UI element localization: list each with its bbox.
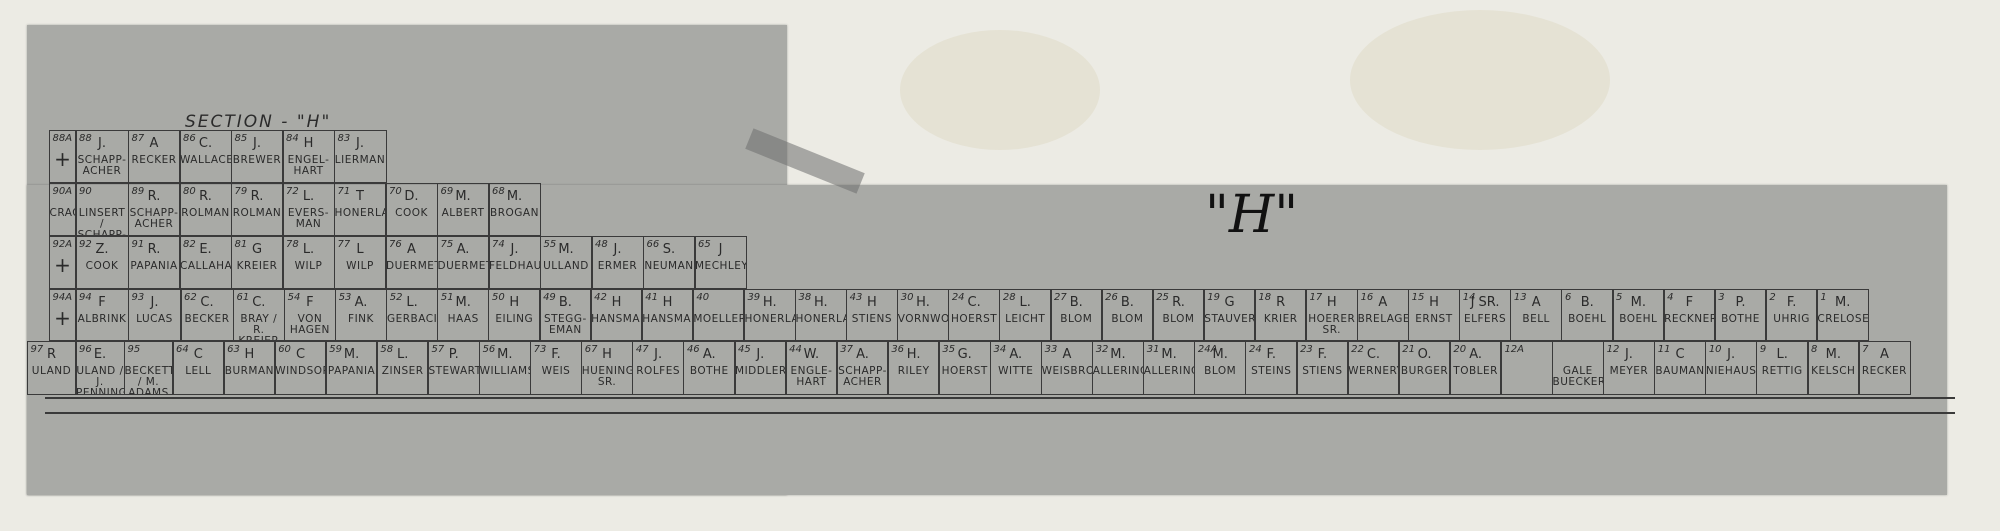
- owner-surname: WILLIAMS: [480, 366, 531, 377]
- owner-surname: TOBLER: [1450, 366, 1501, 377]
- owner-surname: WILP: [335, 261, 386, 272]
- owner-surname: ERNST: [1409, 314, 1460, 325]
- owner-surname: ENGEL-HART: [283, 155, 334, 177]
- owner-initial: J.: [129, 295, 181, 310]
- owner-surname: BAUMAN: [1655, 366, 1706, 377]
- owner-surname: ZINSER: [377, 366, 428, 377]
- plot-cell[interactable]: 53A.FINK: [335, 289, 388, 341]
- owner-surname: FINK: [336, 314, 387, 325]
- plot-cell[interactable]: 12A: [1500, 341, 1553, 395]
- owner-initial: J.: [76, 136, 128, 151]
- plot-row-row3: 92A+92Z.COOK91R.PAPANIA82E.CALLAHAN81GKR…: [50, 236, 747, 289]
- owner-initial: C.: [1348, 347, 1399, 362]
- plot-cell[interactable]: 36H.RILEY: [887, 341, 940, 395]
- plot-cell[interactable]: 39H.HONERLAW: [743, 289, 796, 341]
- plot-cell[interactable]: 85J.BREWER: [231, 130, 284, 183]
- owner-initial: R.: [232, 189, 283, 204]
- owner-surname: CRELOSE: [1817, 314, 1868, 325]
- plot-cell[interactable]: 27B.BLOM: [1050, 289, 1103, 341]
- plot-number: 88A: [53, 133, 73, 144]
- owner-initial: H.: [888, 347, 939, 362]
- owner-initial: H: [642, 295, 693, 310]
- owner-surname: LEICHT: [1000, 314, 1051, 325]
- owner-surname: BECKER: [181, 314, 233, 325]
- plot-cell[interactable]: 43HSTIENS: [846, 289, 899, 341]
- owner-surname: ALLERING: [1093, 366, 1144, 377]
- plot-cell[interactable]: 87ARECKER: [128, 130, 181, 183]
- plot-cell[interactable]: 5M.BOEHL: [1612, 289, 1665, 341]
- owner-surname: HOERST: [939, 366, 990, 377]
- plot-cell[interactable]: 48J.ERMER: [591, 236, 644, 289]
- plot-cell[interactable]: 11CBAUMAN: [1654, 341, 1707, 395]
- owner-initial: C: [173, 347, 224, 362]
- owner-initial: R: [1255, 295, 1306, 310]
- owner-surname: BREWER: [232, 155, 283, 166]
- owner-initial: G.: [939, 347, 990, 362]
- owner-initial: R.: [129, 242, 180, 257]
- owner-surname: LINSERT / SCHAPP-ACHER: [76, 208, 128, 236]
- plot-cell[interactable]: 7ARECKER: [1858, 341, 1911, 395]
- plot-cell[interactable]: 69M.ALBERT: [437, 183, 490, 236]
- plot-cell[interactable]: 31M.ALLERING: [1143, 341, 1196, 395]
- owner-surname: BLOM: [1153, 314, 1204, 325]
- plot-cell[interactable]: 56M.WILLIAMS: [479, 341, 532, 395]
- owner-initial: M.: [489, 189, 540, 204]
- owner-surname: HONERLAW: [744, 314, 795, 325]
- owner-initial: C.: [180, 136, 231, 151]
- owner-initial: H: [1409, 295, 1460, 310]
- plot-cell[interactable]: 86C.WALLACE: [179, 130, 232, 183]
- owner-surname: COOK: [76, 261, 128, 272]
- plot-row-row4: 94A+94FALBRINK93J.LUCAS62C.BECKER61C.BRA…: [50, 289, 1869, 341]
- owner-initial: R: [28, 347, 76, 362]
- plot-row-row1: 88A+88J.SCHAPP-ACHER87ARECKER86C.WALLACE…: [50, 130, 387, 183]
- plot-cell[interactable]: 30H.VORNWORT: [897, 289, 950, 341]
- plot-cell[interactable]: 21O.BURGER: [1398, 341, 1451, 395]
- plot-cell[interactable]: 12J.MEYER: [1603, 341, 1656, 395]
- plot-cell[interactable]: 72L.EVERS-MAN: [282, 183, 335, 236]
- owner-initial: F: [1664, 295, 1715, 310]
- plot-cell[interactable]: 24C.HOERST: [948, 289, 1001, 341]
- plot-cell[interactable]: 17HHOERER SR.: [1305, 289, 1358, 341]
- owner-surname: RETTIG: [1757, 366, 1808, 377]
- plot-cell[interactable]: 6B.BOEHL: [1561, 289, 1614, 341]
- owner-initial: J.: [592, 242, 643, 257]
- owner-surname: STIENS: [1297, 366, 1348, 377]
- owner-initial: T: [335, 189, 386, 204]
- owner-initial: J.: [335, 136, 386, 151]
- owner-initial: D.: [386, 189, 437, 204]
- owner-initial: B.: [1102, 295, 1153, 310]
- cross-mark-icon: +: [50, 147, 76, 171]
- plot-cell[interactable]: 35G.HOERST: [938, 341, 991, 395]
- owner-initial: M.: [541, 242, 592, 257]
- owner-initial: H: [582, 347, 633, 362]
- owner-surname: EILING: [489, 314, 540, 325]
- owner-surname: MEYER: [1604, 366, 1655, 377]
- owner-surname: WEISBRODT: [1042, 366, 1093, 377]
- plot-cell[interactable]: 52L.GERBACI: [386, 289, 439, 341]
- owner-surname: BLOM: [1102, 314, 1153, 325]
- owner-initial: M.: [1144, 347, 1195, 362]
- owner-initial: F.: [531, 347, 582, 362]
- plot-cell[interactable]: 89R.SCHAPP-ACHER: [128, 183, 181, 236]
- owner-initial: M.: [1817, 295, 1868, 310]
- owner-surname: HAAS: [438, 314, 489, 325]
- plot-cell[interactable]: 79R.ROLMAN: [231, 183, 284, 236]
- owner-surname: BOTHE: [1715, 314, 1766, 325]
- plot-cell[interactable]: 64CLELL: [172, 341, 225, 395]
- plot-cell[interactable]: 19GSTAUVERMAN: [1203, 289, 1256, 341]
- plot-cell[interactable]: 57P.STEWART: [427, 341, 480, 395]
- owner-surname: HONERLAW: [335, 208, 386, 219]
- plot-cell[interactable]: 90ACRAGHAL: [49, 183, 77, 236]
- owner-surname: ALBERT: [438, 208, 489, 219]
- owner-surname: ALLERING: [1144, 366, 1195, 377]
- section-title: SECTION - "H": [185, 112, 331, 132]
- owner-initial: H: [224, 347, 275, 362]
- owner-surname: NIEHAUS: [1706, 366, 1757, 377]
- owner-initial: A.: [684, 347, 735, 362]
- owner-surname: ULAND / J. PENNINGTON: [76, 366, 124, 395]
- owner-surname: ROLFES: [633, 366, 684, 377]
- plot-cell[interactable]: 2F.UHRIG: [1765, 289, 1818, 341]
- road-line: [45, 412, 1955, 414]
- owner-surname: NEUMAN: [644, 261, 695, 272]
- owner-initial: F.: [1246, 347, 1297, 362]
- owner-surname: LIERMAN: [335, 155, 386, 166]
- owner-surname: SCHAPP-ACHER: [129, 208, 180, 230]
- plot-cell[interactable]: 77LWILP: [334, 236, 387, 289]
- cross-mark-icon: +: [50, 253, 76, 277]
- plot-cell[interactable]: 78L.WILP: [282, 236, 335, 289]
- plot-cell[interactable]: 61C.BRAY / R. KREIER: [233, 289, 286, 341]
- owner-surname: MIDDLER: [735, 366, 786, 377]
- owner-surname: BRAY / R. KREIER: [234, 314, 285, 341]
- owner-initial: M.: [1808, 347, 1859, 362]
- plot-cell[interactable]: 90LINSERT / SCHAPP-ACHER: [75, 183, 129, 236]
- owner-initial: F: [285, 295, 336, 310]
- plot-cell[interactable]: 42HHANSMAN: [590, 289, 643, 341]
- owner-surname: CRAGHAL: [50, 208, 76, 219]
- owner-surname: BECKETT / M. ADAMS: [125, 366, 173, 395]
- owner-initial: H: [1306, 295, 1357, 310]
- owner-initial: H: [847, 295, 898, 310]
- owner-initial: H.: [898, 295, 949, 310]
- plot-cell[interactable]: 68M.BROGAN: [488, 183, 541, 236]
- owner-initial: J.: [232, 136, 283, 151]
- owner-surname: GERBACI: [387, 314, 438, 325]
- owner-surname: VON HAGEN: [285, 314, 336, 336]
- plot-cell[interactable]: 23F.STIENS: [1296, 341, 1349, 395]
- owner-surname: KREIER: [232, 261, 283, 272]
- plot-cell[interactable]: 54FVON HAGEN: [284, 289, 337, 341]
- plot-cell[interactable]: 94FALBRINK: [75, 289, 129, 341]
- plot-cell[interactable]: 59M.PAPANIA: [325, 341, 378, 395]
- owner-initial: J.: [735, 347, 786, 362]
- owner-surname: BURMAN: [224, 366, 275, 377]
- owner-surname: BLOM: [1195, 366, 1246, 377]
- plot-number: 90A: [53, 186, 73, 197]
- plot-cell[interactable]: 44W.ENGLE-HART: [785, 341, 838, 395]
- owner-initial: M.: [438, 295, 489, 310]
- owner-initial: M.: [438, 189, 489, 204]
- plot-cell[interactable]: 45J.MIDDLER: [734, 341, 787, 395]
- owner-surname: HANSMAN: [642, 314, 693, 325]
- plot-cell[interactable]: 67HHUENING SR.: [581, 341, 634, 395]
- owner-initial: Z.: [76, 242, 128, 257]
- owner-initial: A.: [336, 295, 387, 310]
- plot-cell[interactable]: 62C.BECKER: [180, 289, 234, 341]
- owner-initial: C: [1655, 347, 1706, 362]
- owner-initial: P.: [1715, 295, 1766, 310]
- plot-cell[interactable]: 76ADUERMET: [385, 236, 438, 289]
- owner-surname: FELDHAUS: [489, 261, 540, 272]
- plot-cell[interactable]: 25R.BLOM: [1152, 289, 1205, 341]
- owner-surname: WERNERY: [1348, 366, 1399, 377]
- plot-number: 40: [696, 292, 709, 303]
- owner-initial: L.: [283, 242, 334, 257]
- owner-surname: PAPANIA: [129, 261, 180, 272]
- plot-row-row5: 97RULAND96E.ULAND / J. PENNINGTON95BECKE…: [28, 341, 1911, 395]
- plot-cell[interactable]: GALE BUECKER: [1552, 341, 1605, 395]
- owner-surname: MECHLEY: [695, 261, 746, 272]
- owner-initial: O.: [1399, 347, 1450, 362]
- plot-cell[interactable]: 73F.WEIS: [530, 341, 583, 395]
- owner-initial: C: [275, 347, 326, 362]
- owner-initial: J SR.: [1460, 295, 1511, 310]
- owner-surname: BLOM: [1051, 314, 1102, 325]
- owner-initial: H: [283, 136, 334, 151]
- plot-cell[interactable]: 8M.KELSCH: [1807, 341, 1860, 395]
- owner-surname: DUERMET: [386, 261, 437, 272]
- plot-cell[interactable]: 82E.CALLAHAN: [179, 236, 232, 289]
- plot-cell[interactable]: 9L.RETTIG: [1756, 341, 1809, 395]
- owner-surname: CALLAHAN: [180, 261, 231, 272]
- plot-cell[interactable]: 50HEILING: [488, 289, 541, 341]
- owner-surname: WILP: [283, 261, 334, 272]
- owner-surname: HOERER SR.: [1306, 314, 1357, 336]
- owner-surname: BOEHL: [1562, 314, 1613, 325]
- owner-initial: R.: [1153, 295, 1204, 310]
- owner-initial: J.: [489, 242, 540, 257]
- owner-initial: M.: [1195, 347, 1246, 362]
- plot-cell[interactable]: 14J SR.ELFERS: [1459, 289, 1512, 341]
- water-stain: [1350, 10, 1610, 150]
- plot-cell[interactable]: 13ABELL: [1510, 289, 1563, 341]
- plot-cell[interactable]: 97RULAND: [27, 341, 77, 395]
- owner-initial: W.: [786, 347, 837, 362]
- plot-cell[interactable]: 88J.SCHAPP-ACHER: [75, 130, 129, 183]
- owner-initial: E.: [180, 242, 231, 257]
- plot-cell[interactable]: 63HBURMAN: [223, 341, 276, 395]
- owner-surname: BOEHL: [1613, 314, 1664, 325]
- plot-cell[interactable]: 4FRECKNER: [1663, 289, 1716, 341]
- plot-cell[interactable]: 49B.STEGG-EMAN: [539, 289, 592, 341]
- owner-surname: STEGG-EMAN: [540, 314, 591, 336]
- cross-mark-icon: +: [50, 306, 76, 330]
- plot-cell[interactable]: 55M.ULLAND: [540, 236, 593, 289]
- owner-surname: BELL: [1511, 314, 1562, 325]
- owner-surname: ROLMAN: [232, 208, 283, 219]
- owner-initial: A: [1042, 347, 1093, 362]
- plot-cell[interactable]: 46A.BOTHE: [683, 341, 736, 395]
- plot-cell[interactable]: 65JMECHLEY: [694, 236, 747, 289]
- owner-initial: A.: [438, 242, 489, 257]
- owner-initial: C.: [181, 295, 233, 310]
- plot-cell[interactable]: 28L.LEICHT: [999, 289, 1052, 341]
- plot-number: 94A: [53, 292, 73, 303]
- plot-cell[interactable]: 47J.ROLFES: [632, 341, 685, 395]
- owner-surname: SCHAPP-ACHER: [837, 366, 888, 388]
- plot-cell[interactable]: 84HENGEL-HART: [282, 130, 335, 183]
- owner-initial: J.: [1604, 347, 1655, 362]
- owner-initial: H.: [744, 295, 795, 310]
- owner-surname: HONERLAW: [796, 314, 847, 325]
- plot-cell[interactable]: 66S.NEUMAN: [643, 236, 696, 289]
- owner-surname: ERMER: [592, 261, 643, 272]
- plot-cell[interactable]: 81GKREIER: [231, 236, 284, 289]
- plot-cell[interactable]: 33AWEISBRODT: [1041, 341, 1094, 395]
- owner-surname: UHRIG: [1766, 314, 1817, 325]
- owner-initial: F.: [1766, 295, 1817, 310]
- plot-cell[interactable]: 15HERNST: [1408, 289, 1461, 341]
- plot-cell[interactable]: 10J.NIEHAUS: [1705, 341, 1758, 395]
- owner-initial: R.: [129, 189, 180, 204]
- owner-initial: A: [1358, 295, 1409, 310]
- plot-cell[interactable]: 3P.BOTHE: [1714, 289, 1767, 341]
- plot-cell[interactable]: 83J.LIERMAN: [334, 130, 387, 183]
- owner-initial: L.: [1757, 347, 1808, 362]
- plot-cell[interactable]: 1M.CRELOSE: [1816, 289, 1869, 341]
- owner-surname: KRIER: [1255, 314, 1306, 325]
- water-stain: [900, 30, 1100, 150]
- plot-cell[interactable]: 18RKRIER: [1254, 289, 1307, 341]
- owner-initial: M.: [1093, 347, 1144, 362]
- owner-surname: STIENS: [847, 314, 898, 325]
- owner-initial: J.: [633, 347, 684, 362]
- plot-cell[interactable]: 94A+: [49, 289, 77, 341]
- owner-initial: L.: [377, 347, 428, 362]
- owner-initial: G: [232, 242, 283, 257]
- owner-surname: PAPANIA: [326, 366, 377, 377]
- owner-surname: HOERST: [949, 314, 1000, 325]
- owner-initial: H: [591, 295, 642, 310]
- owner-surname: ROLMAN: [180, 208, 231, 219]
- owner-surname: WINDSOR: [275, 366, 326, 377]
- owner-initial: R.: [180, 189, 231, 204]
- owner-surname: HUENING SR.: [582, 366, 633, 388]
- owner-initial: M.: [480, 347, 531, 362]
- plot-cell[interactable]: 88A+: [49, 130, 77, 183]
- plot-cell[interactable]: 70D.COOK: [385, 183, 438, 236]
- owner-surname: STEWART: [428, 366, 479, 377]
- owner-surname: LUCAS: [129, 314, 181, 325]
- owner-initial: J.: [1706, 347, 1757, 362]
- owner-initial: A: [1511, 295, 1562, 310]
- owner-surname: BRELAGE: [1358, 314, 1409, 325]
- plot-cell[interactable]: 38H.HONERLAW: [795, 289, 848, 341]
- owner-initial: C.: [949, 295, 1000, 310]
- plot-cell[interactable]: 22C.WERNERY: [1347, 341, 1400, 395]
- owner-surname: BOTHE: [684, 366, 735, 377]
- owner-surname: KELSCH: [1808, 366, 1859, 377]
- plot-number: 95: [128, 344, 141, 355]
- owner-surname: RECKER: [1859, 366, 1910, 377]
- owner-initial: L.: [283, 189, 334, 204]
- plot-cell[interactable]: 58L.ZINSER: [376, 341, 429, 395]
- plot-cell[interactable]: 91R.PAPANIA: [128, 236, 181, 289]
- owner-surname: BURGER: [1399, 366, 1450, 377]
- owner-initial: A: [386, 242, 437, 257]
- owner-initial: F: [76, 295, 128, 310]
- plot-cell[interactable]: 26B.BLOM: [1101, 289, 1154, 341]
- plot-cell[interactable]: 92A+: [49, 236, 77, 289]
- owner-surname: VORNWORT: [898, 314, 949, 325]
- plot-cell[interactable]: 32M.ALLERING: [1092, 341, 1145, 395]
- plot-cell[interactable]: 60CWINDSOR: [274, 341, 327, 395]
- plot-cell[interactable]: 16ABRELAGE: [1357, 289, 1410, 341]
- owner-initial: A.: [1450, 347, 1501, 362]
- owner-surname: MOELLER: [693, 314, 744, 325]
- owner-initial: B.: [1051, 295, 1102, 310]
- owner-initial: F.: [1297, 347, 1348, 362]
- owner-surname: ENGLE-HART: [786, 366, 837, 388]
- plot-cell[interactable]: 92Z.COOK: [75, 236, 129, 289]
- owner-initial: L.: [1000, 295, 1051, 310]
- owner-surname: STAUVERMAN: [1204, 314, 1255, 325]
- plot-cell[interactable]: 24F.STEINS: [1245, 341, 1298, 395]
- owner-surname: RECKNER: [1664, 314, 1715, 325]
- owner-surname: ALBRINK: [76, 314, 128, 325]
- plot-cell[interactable]: 34A.WITTE: [990, 341, 1043, 395]
- plot-number: 12A: [1504, 344, 1524, 355]
- owner-surname: HANSMAN: [591, 314, 642, 325]
- owner-initial: A.: [837, 347, 888, 362]
- plot-cell[interactable]: 93J.LUCAS: [128, 289, 182, 341]
- owner-surname: LELL: [173, 366, 224, 377]
- plot-cell[interactable]: 74J.FELDHAUS: [488, 236, 541, 289]
- plot-cell[interactable]: 96E.ULAND / J. PENNINGTON: [75, 341, 125, 395]
- owner-initial: L: [335, 242, 386, 257]
- plot-cell[interactable]: 71THONERLAW: [334, 183, 387, 236]
- owner-initial: E.: [76, 347, 124, 362]
- owner-initial: S.: [644, 242, 695, 257]
- plot-cell[interactable]: 41HHANSMAN: [641, 289, 694, 341]
- plot-cell[interactable]: 95BECKETT / M. ADAMS: [124, 341, 174, 395]
- owner-initial: L.: [387, 295, 438, 310]
- owner-surname: WEIS: [531, 366, 582, 377]
- owner-initial: J: [695, 242, 746, 257]
- owner-surname: ULAND: [28, 366, 76, 377]
- section-label: "H": [1205, 185, 1298, 245]
- owner-initial: B.: [540, 295, 591, 310]
- owner-surname: WITTE: [991, 366, 1042, 377]
- owner-surname: STEINS: [1246, 366, 1297, 377]
- plot-cell[interactable]: 51M.HAAS: [437, 289, 490, 341]
- owner-surname: BROGAN: [489, 208, 540, 219]
- plot-cell[interactable]: 40MOELLER: [692, 289, 745, 341]
- owner-initial: C.: [234, 295, 285, 310]
- owner-initial: H: [489, 295, 540, 310]
- plot-cell[interactable]: 24AM.BLOM: [1194, 341, 1247, 395]
- owner-surname: EVERS-MAN: [283, 208, 334, 230]
- plot-cell[interactable]: 20A.TOBLER: [1449, 341, 1502, 395]
- plot-cell[interactable]: 37A.SCHAPP-ACHER: [836, 341, 889, 395]
- plot-cell[interactable]: 80R.ROLMAN: [179, 183, 232, 236]
- plot-cell[interactable]: 75A.DUERMET: [437, 236, 490, 289]
- owner-surname: SCHAPP-ACHER: [76, 155, 128, 177]
